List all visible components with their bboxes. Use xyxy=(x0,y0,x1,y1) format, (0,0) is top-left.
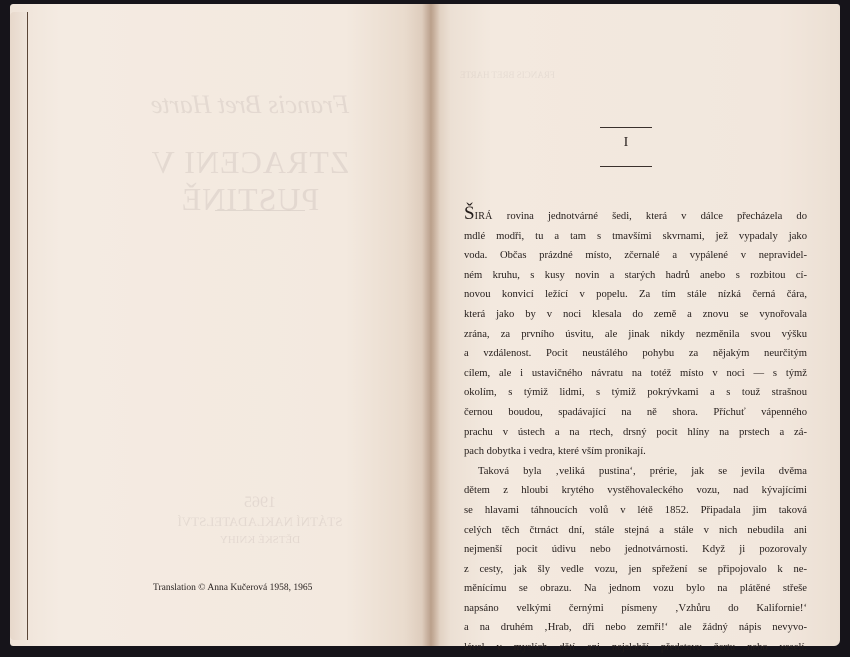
text-line: která jako by v noci klesala do země a z… xyxy=(464,305,807,325)
chapter-rule-top xyxy=(600,127,652,128)
text-line: prachu v ústech a na rtech, drsný pocit … xyxy=(464,423,807,443)
text-line: nejmenší pocit údivu nebo jednotvárnosti… xyxy=(464,540,807,560)
translation-credit: Translation © Anna Kučerová 1958, 1965 xyxy=(153,583,373,593)
bleed-through-imprint: DĚTSKÉ KNIHY xyxy=(190,534,330,546)
bleed-through-year: 1965 xyxy=(220,494,300,512)
chapter-body: ŠIRÁ rovina jednotvárné šedi, která v dá… xyxy=(464,207,807,657)
bleed-through-author: Francis Bret Harte xyxy=(130,90,370,120)
right-page: FRANCIS BRET HARTE I ŠIRÁ rovina jednotv… xyxy=(430,4,840,646)
text-line: se hlavami táhnoucích volů v létě 1852. … xyxy=(464,501,807,521)
text-line: ném kruhu, s kusy novin a starých hadrů … xyxy=(464,266,807,286)
text-line: černou boudou, spadávající na ně shora. … xyxy=(464,403,807,423)
text-line: Taková byla ‚veliká pustina‘, prérie, ja… xyxy=(464,462,807,482)
text-line: okolím, s týmiž lidmi, s týmiž pokrývkam… xyxy=(464,383,807,403)
text-line: mdlé modři, tu a tam s tmavšími skvrnami… xyxy=(464,227,807,247)
chapter-rule-bottom xyxy=(600,166,652,167)
text-line: cílem, ale i ustavičného návratu na toté… xyxy=(464,364,807,384)
left-page: Francis Bret Harte ZTRACENI V PUSTINĚ ST… xyxy=(10,4,430,646)
text-line: a na druhém ‚Hrab, dři nebo zemři!‘ ale … xyxy=(464,618,807,638)
text-line: měnícímu se obrazu. Na jednom vozu bylo … xyxy=(464,579,807,599)
bleed-through-rule xyxy=(215,210,305,211)
bleed-through-header: FRANCIS BRET HARTE xyxy=(460,70,555,80)
paragraph-2: Taková byla ‚veliká pustina‘, prérie, ja… xyxy=(464,462,807,657)
paragraph-1: ŠIRÁ rovina jednotvárné šedi, která v dá… xyxy=(464,207,807,462)
text-line: z cesty, jak šly vedle vozu, jen spřežen… xyxy=(464,560,807,580)
text-line: napsáno velkými černými písmeny ‚Vzhůru … xyxy=(464,599,807,619)
opening-smallcaps: IRÁ xyxy=(475,211,493,222)
chapter-number: I xyxy=(600,135,652,151)
text-line: novou konvicí ležící v popelu. Za tím st… xyxy=(464,285,807,305)
bleed-through-title: ZTRACENI V PUSTINĚ xyxy=(80,144,420,218)
bleed-through-publisher: STÁTNÍ NAKLADATELSTVÍ xyxy=(160,514,360,530)
text-line: pach dobytka i vedra, které vším pronika… xyxy=(464,442,807,462)
text-line: dětem z hloubi krytého vystěhovaleckého … xyxy=(464,481,807,501)
drop-cap: Š xyxy=(464,203,475,224)
text-line: zrána, za prvního úsvitu, ale jinak nikd… xyxy=(464,325,807,345)
text-line: lával v myslích dětí ani nejslabší předs… xyxy=(464,638,807,657)
text-line: a vzdálenost. Pocit neustálého pohybu za… xyxy=(464,344,807,364)
book-spread: Francis Bret Harte ZTRACENI V PUSTINĚ ST… xyxy=(10,4,840,646)
text-line: voda. Občas prázdné místo, zčernalé a vy… xyxy=(464,246,807,266)
text-line: celých těch čtrnáct dní, stále stejná a … xyxy=(464,521,807,541)
page-fold-edge xyxy=(10,12,28,640)
text-line: rovina jednotvárné šedi, která v dálce p… xyxy=(493,211,807,222)
